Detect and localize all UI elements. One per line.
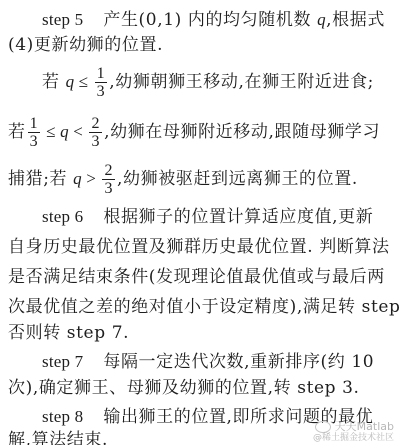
step5-condition2: 若13≤q<23,幼狮在母狮附近移动,跟随母狮学习 xyxy=(8,114,398,150)
step6-line3: 是否满足结束条件(发现理论值最优值或与最后两 xyxy=(8,267,398,287)
step7-label: step 7 xyxy=(42,352,83,371)
variable-q: q xyxy=(317,10,326,29)
step6-line5: 否则转 step 7. xyxy=(8,323,398,343)
step7-line1: step 7每隔一定迭代次数,重新排序(约 10 xyxy=(42,352,398,372)
fraction-two-thirds: 23 xyxy=(89,115,102,150)
step8-label: step 8 xyxy=(42,407,83,426)
step5-line2: (4)更新幼狮的位置. xyxy=(8,35,398,55)
step5-line1: step 5产生(0,1) 内的均匀随机数 q,根据式 xyxy=(42,10,398,30)
fraction-two-thirds: 23 xyxy=(102,162,115,197)
step7-line2: 次),确定狮王、母狮及幼狮的位置,转 step 3. xyxy=(8,378,398,398)
step6-line4: 次最优值之差的绝对值小于设定精度),满足转 step 8, xyxy=(8,297,398,317)
fraction-one-third: 13 xyxy=(95,65,108,100)
wechat-icon xyxy=(315,421,331,433)
step5-label: step 5 xyxy=(42,10,83,29)
step5-condition1: 若 q≤13,幼狮朝狮王移动,在狮王附近进食; xyxy=(42,64,398,100)
step6-line1: step 6根据狮子的位置计算适应度值,更新 xyxy=(42,207,398,227)
paper-page: step 5产生(0,1) 内的均匀随机数 q,根据式 (4)更新幼狮的位置. … xyxy=(0,0,402,445)
watermark: 天天Matlab @稀土掘金技术社区 xyxy=(313,421,394,443)
fraction-one-third: 13 xyxy=(28,115,41,150)
step5-condition3: 捕猎;若 q>23,幼狮被驱赶到远离狮王的位置. xyxy=(8,161,398,197)
step6-label: step 6 xyxy=(42,207,83,226)
step6-line2: 自身历史最优位置及狮群历史最优位置. 判断算法 xyxy=(8,237,398,257)
